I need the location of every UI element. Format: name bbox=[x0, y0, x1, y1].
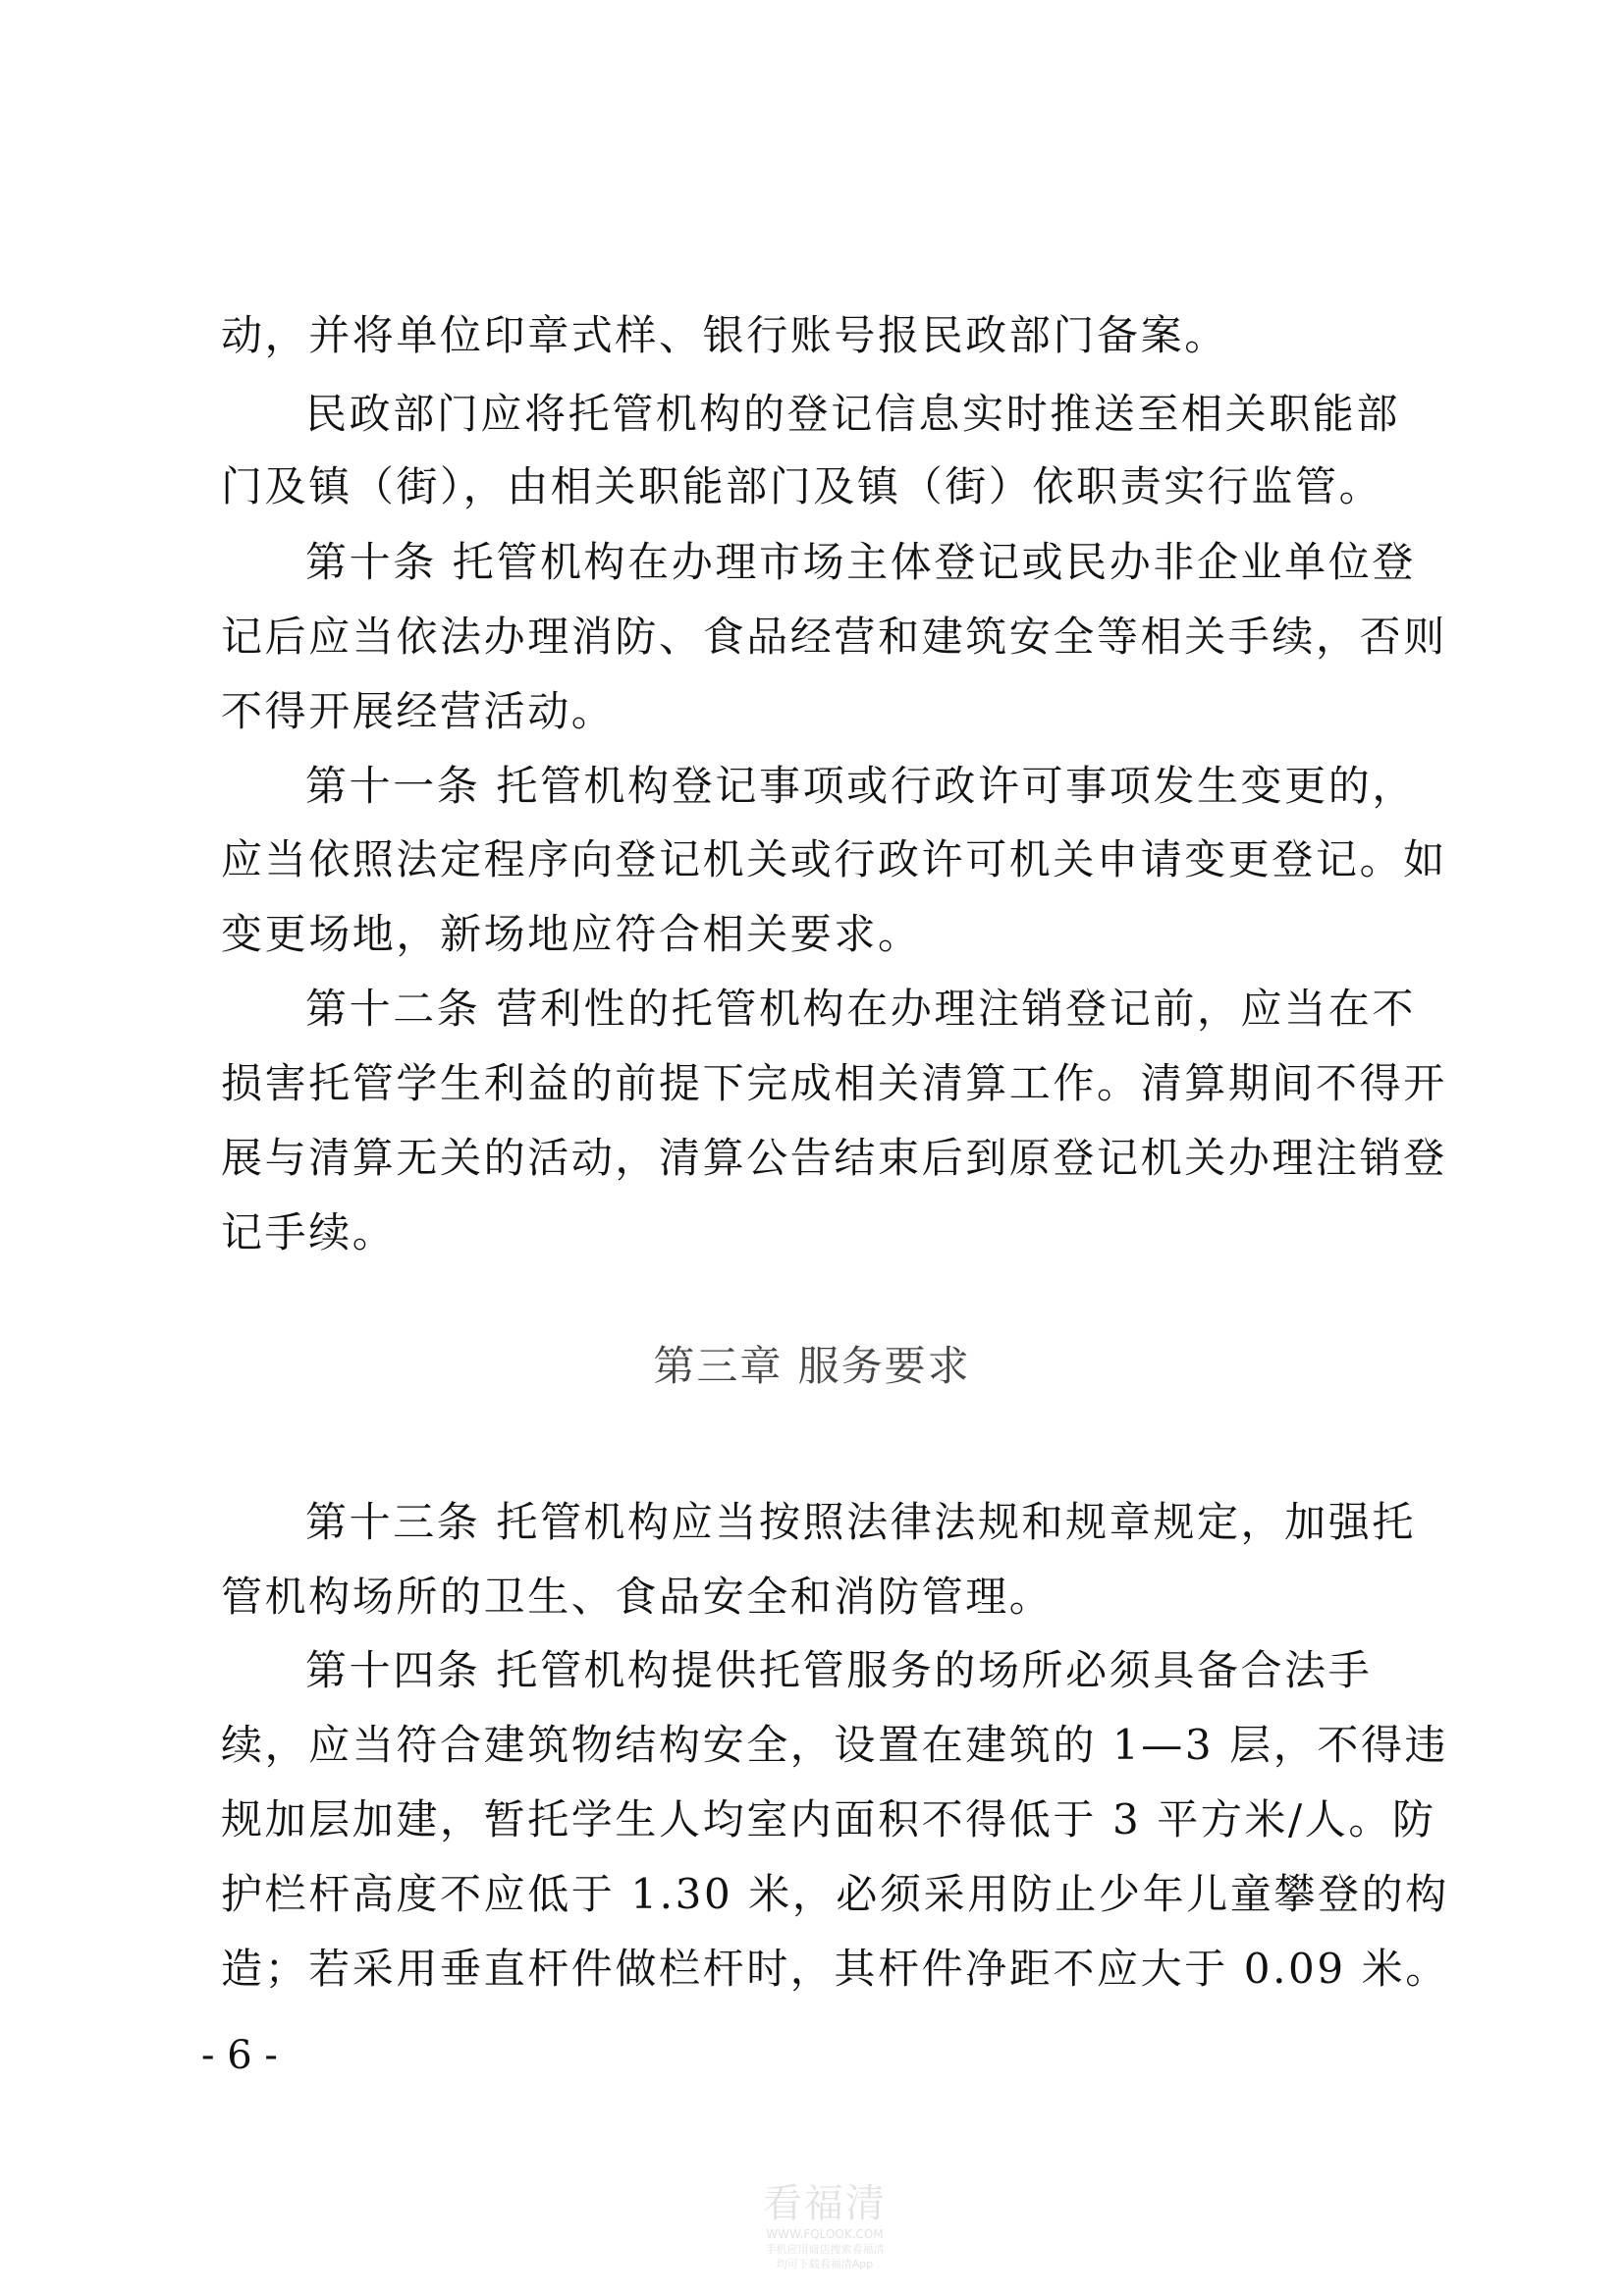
body-line: 记手续。 bbox=[221, 1203, 1429, 1262]
body-line: 管机构场所的卫生、食品安全和消防管理。 bbox=[221, 1568, 1429, 1627]
watermark: 看福清 WWW.FQLOOK.COM 手机应用商店搜索看福清 均可下载看福清Ap… bbox=[746, 2181, 903, 2271]
body-line: 民政部门应将托管机构的登记信息实时推送至相关职能部 bbox=[305, 385, 1513, 444]
body-line: 动，并将单位印章式样、银行账号报民政部门备案。 bbox=[221, 306, 1429, 365]
body-line: 续，应当符合建筑物结构安全，设置在建筑的 1—3 层，不得违 bbox=[221, 1716, 1429, 1775]
chapter-heading: 第三章 服务要求 bbox=[0, 1337, 1624, 1396]
body-line: 造；若采用垂直杆件做栏杆时，其杆件净距不应大于 0.09 米。 bbox=[221, 1940, 1429, 1999]
article-10-line: 第十条 托管机构在办理市场主体登记或民办非企业单位登 bbox=[305, 533, 1513, 592]
body-line: 损害托管学生利益的前提下完成相关清算工作。清算期间不得开 bbox=[221, 1054, 1429, 1113]
watermark-line2: 均可下载看福清App bbox=[746, 2257, 903, 2271]
article-13-line: 第十三条 托管机构应当按照法律法规和规章规定，加强托 bbox=[305, 1493, 1513, 1552]
watermark-url: WWW.FQLOOK.COM bbox=[746, 2226, 903, 2242]
article-11-line: 第十一条 托管机构登记事项或行政许可事项发生变更的， bbox=[305, 757, 1513, 816]
body-line: 不得开展经营活动。 bbox=[221, 682, 1429, 741]
body-line: 记后应当依法办理消防、食品经营和建筑安全等相关手续，否则 bbox=[221, 608, 1429, 667]
body-line: 展与清算无关的活动，清算公告结束后到原登记机关办理注销登 bbox=[221, 1129, 1429, 1188]
watermark-line1: 手机应用商店搜索看福清 bbox=[746, 2242, 903, 2257]
watermark-title: 看福清 bbox=[746, 2181, 903, 2226]
body-line: 应当依照法定程序向登记机关或行政许可机关申请变更登记。如 bbox=[221, 830, 1429, 889]
article-14-line: 第十四条 托管机构提供托管服务的场所必须具备合法手 bbox=[305, 1641, 1513, 1700]
body-line: 门及镇（街），由相关职能部门及镇（街）依职责实行监管。 bbox=[221, 457, 1429, 516]
article-12-line: 第十二条 营利性的托管机构在办理注销登记前，应当在不 bbox=[305, 980, 1513, 1039]
body-line: 规加层加建，暂托学生人均室内面积不得低于 3 平方米/人。防 bbox=[221, 1790, 1429, 1849]
page-number: - 6 - bbox=[201, 2026, 278, 2085]
document-page: 动，并将单位印章式样、银行账号报民政部门备案。 民政部门应将托管机构的登记信息实… bbox=[0, 0, 1624, 2296]
body-line: 护栏杆高度不应低于 1.30 米，必须采用防止少年儿童攀登的构 bbox=[221, 1865, 1429, 1924]
body-line: 变更场地，新场地应符合相关要求。 bbox=[221, 905, 1429, 964]
